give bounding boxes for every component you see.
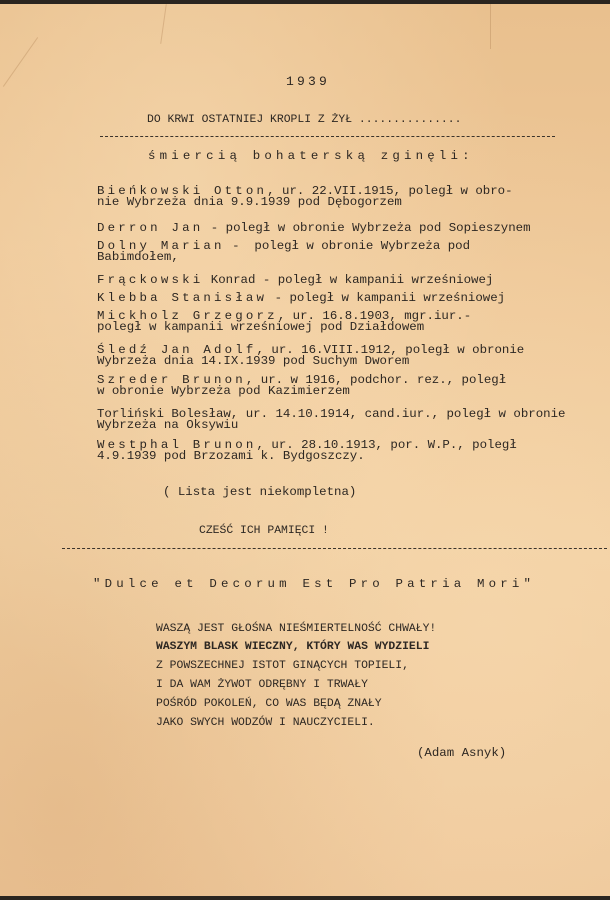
poem-author: (Adam Asnyk) bbox=[417, 747, 506, 759]
divider-rule bbox=[100, 136, 555, 137]
entry-details: - poległ w kampanii wrześniowej bbox=[267, 291, 505, 305]
section-heading: śmiercią bohaterską zginęli: bbox=[148, 150, 474, 162]
typewritten-memorial-page: 1939 DO KRWI OSTATNIEJ KROPLI Z ŻYŁ ....… bbox=[0, 4, 610, 896]
latin-motto: "Dulce et Decorum Est Pro Patria Mori" bbox=[93, 578, 535, 590]
entry-details: Konrad - poległ w kampanii wrześniowej bbox=[203, 273, 493, 287]
paper-crease bbox=[3, 37, 38, 87]
poem-line: I DA WAM ŻYWOT ODRĘBNY I TRWAŁY bbox=[156, 679, 368, 691]
dedication-line: DO KRWI OSTATNIEJ KROPLI Z ŻYŁ .........… bbox=[147, 114, 461, 126]
entry-name: Frąckowski bbox=[97, 273, 203, 287]
list-item: Frąckowski Konrad - poległ w kampanii wr… bbox=[97, 274, 493, 286]
list-item: Derron Jan - poległ w obronie Wybrzeża p… bbox=[97, 222, 531, 234]
entry-continuation: Babimdołem, bbox=[97, 251, 179, 263]
entry-continuation: poległ w kampanii wrześniowej pod Działd… bbox=[97, 321, 424, 333]
entry-continuation: Wybrzeża dnia 14.IX.1939 pod Suchym Dwor… bbox=[97, 355, 409, 367]
year-heading: 1939 bbox=[286, 76, 330, 88]
divider-rule bbox=[62, 548, 607, 549]
entry-details: - poległ w obronie Wybrzeża pod bbox=[225, 239, 470, 253]
entry-continuation: w obronie Wybrzeża pod Kazimierzem bbox=[97, 385, 350, 397]
tribute-line: CZEŚĆ ICH PAMIĘCI ! bbox=[199, 525, 329, 537]
entry-details: - poległ w obronie Wybrzeża pod Sopieszy… bbox=[203, 221, 530, 235]
entry-continuation: 4.9.1939 pod Brzozami k. Bydgoszczy. bbox=[97, 450, 365, 462]
incomplete-list-note: ( Lista jest niekompletna) bbox=[163, 486, 356, 498]
list-item: Klebba Stanisław - poległ w kampanii wrz… bbox=[97, 292, 505, 304]
entry-name: Klebba Stanisław bbox=[97, 291, 267, 305]
paper-crease bbox=[160, 4, 167, 44]
entry-continuation: Wybrzeża na Oksywiu bbox=[97, 419, 238, 431]
poem-line: JAKO SWYCH WODZÓW I NAUCZYCIELI. bbox=[156, 717, 375, 729]
entry-name: Derron Jan bbox=[97, 221, 203, 235]
poem-line: WASZYM BLASK WIECZNY, KTÓRY WAS WYDZIELI bbox=[156, 641, 429, 653]
poem-line: WASZĄ JEST GŁOŚNA NIEŚMIERTELNOŚĆ CHWAŁY… bbox=[156, 623, 436, 635]
poem-line: POŚRÓD POKOLEŃ, CO WAS BĘDĄ ZNAŁY bbox=[156, 698, 382, 710]
paper-crease bbox=[490, 4, 491, 49]
poem-line: Z POWSZECHNEJ ISTOT GINĄCYCH TOPIELI, bbox=[156, 660, 409, 672]
entry-continuation: nie Wybrzeża dnia 9.9.1939 pod Dębogorze… bbox=[97, 196, 402, 208]
